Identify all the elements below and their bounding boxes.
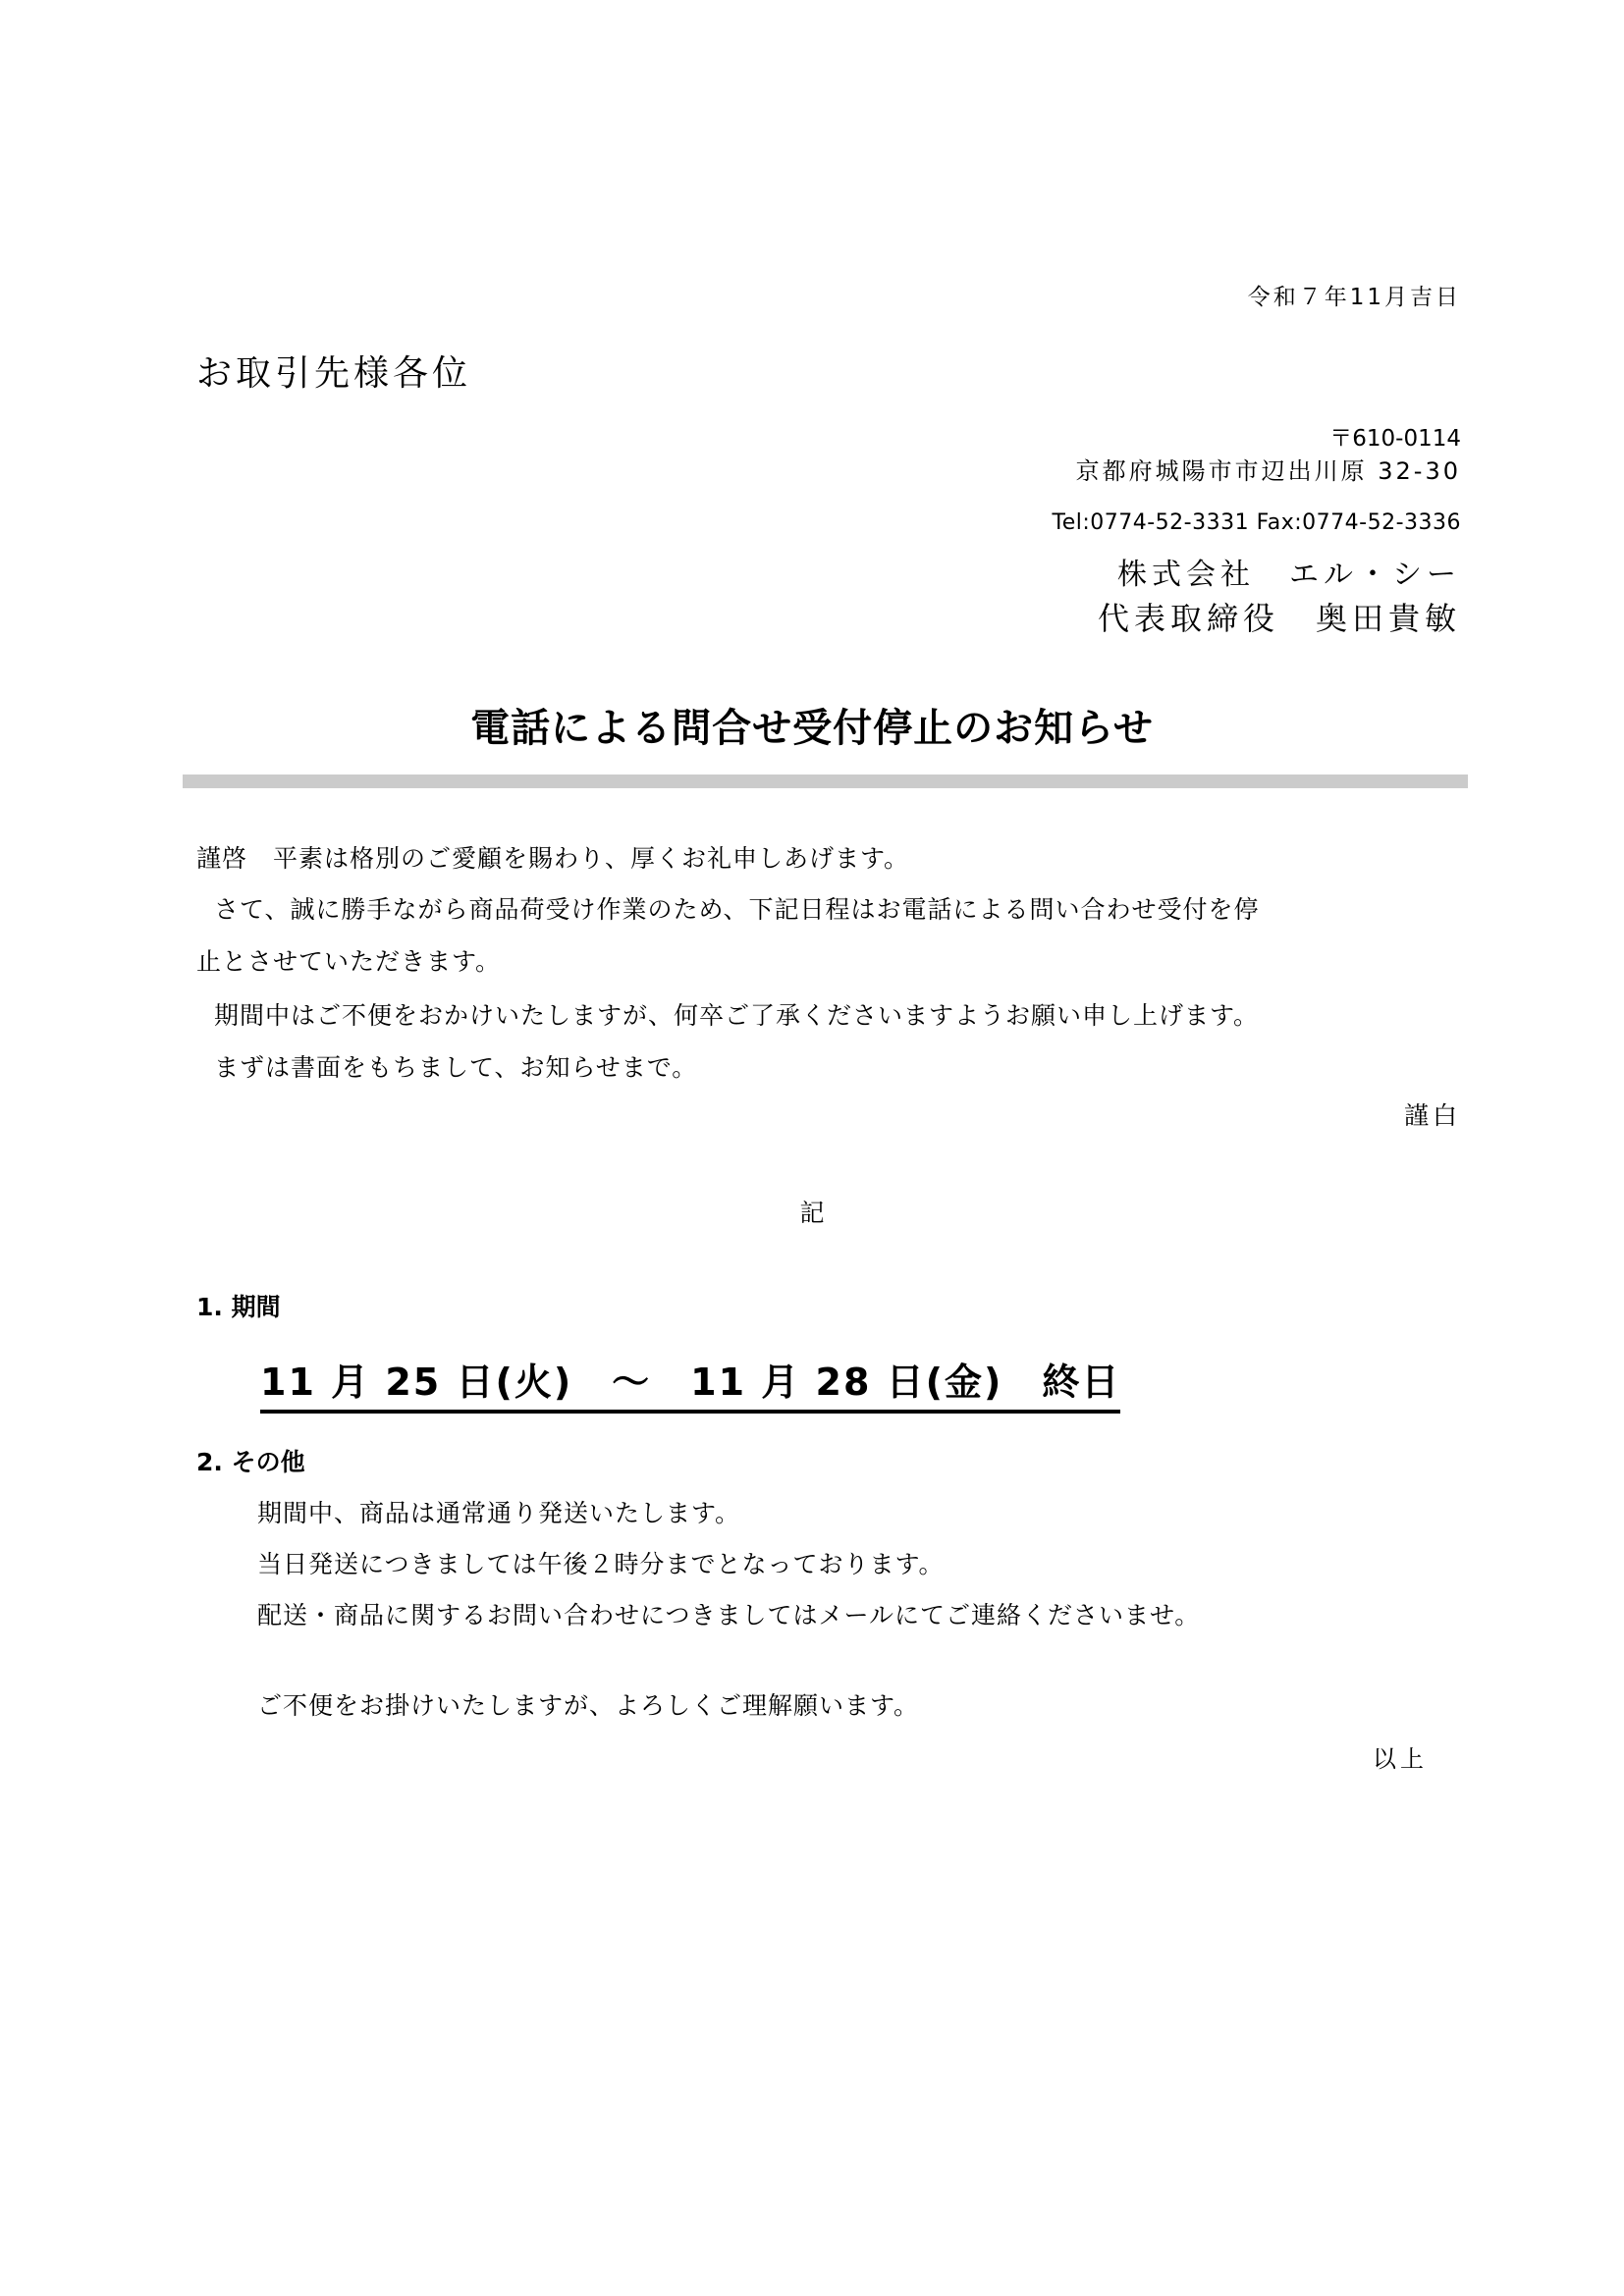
title-divider-bar bbox=[183, 774, 1468, 788]
other-item: 配送・商品に関するお問い合わせにつきましてはメールにてご連絡くださいませ。 bbox=[257, 1596, 1200, 1631]
notice-closing: 以上 bbox=[1373, 1739, 1428, 1774]
body-line: 謹啓 平素は格別のご愛顧を賜わり、厚くお礼申しあげます。 bbox=[196, 839, 909, 875]
body-closing: 謹白 bbox=[1404, 1096, 1461, 1132]
suspension-period: 11 月 25 日(火) ～ 11 月 28 日(金) 終日 bbox=[260, 1352, 1120, 1414]
body-line: さて、誠に勝手ながら商品荷受け作業のため、下記日程はお電話による問い合わせ受付を… bbox=[214, 890, 1260, 926]
company-name: 株式会社 エル・シー bbox=[1117, 550, 1461, 593]
ki-marker: 記 bbox=[0, 1194, 1624, 1229]
body-line: 止とさせていただきます。 bbox=[196, 942, 501, 978]
postal-code: 〒610-0114 bbox=[1329, 420, 1461, 453]
other-item: ご不便をお掛けいたしますが、よろしくご理解願います。 bbox=[257, 1686, 919, 1722]
recipient: お取引先様各位 bbox=[196, 346, 471, 396]
tel-fax: Tel:0774-52-3331 Fax:0774-52-3336 bbox=[1053, 510, 1462, 535]
body-line: 期間中はご不便をおかけいたしますが、何卒ご了承くださいますようお願い申し上げます… bbox=[214, 996, 1259, 1032]
sender-address: 京都府城陽市市辺出川原 32-30 bbox=[1076, 452, 1461, 486]
representative-name: 代表取締役 奥田貴敏 bbox=[1098, 594, 1461, 639]
other-item: 期間中、商品は通常通り発送いたします。 bbox=[257, 1494, 740, 1529]
body-line: まずは書面をもちまして、お知らせまで。 bbox=[214, 1048, 697, 1084]
section-heading-period: 1. 期間 bbox=[196, 1288, 281, 1323]
section-heading-other: 2. その他 bbox=[196, 1443, 305, 1478]
other-item: 当日発送につきましては午後２時分までとなっております。 bbox=[257, 1545, 945, 1580]
document-title: 電話による問合せ受付停止のお知らせ bbox=[0, 697, 1624, 753]
issue-date: 令和７年11月吉日 bbox=[1248, 279, 1461, 311]
